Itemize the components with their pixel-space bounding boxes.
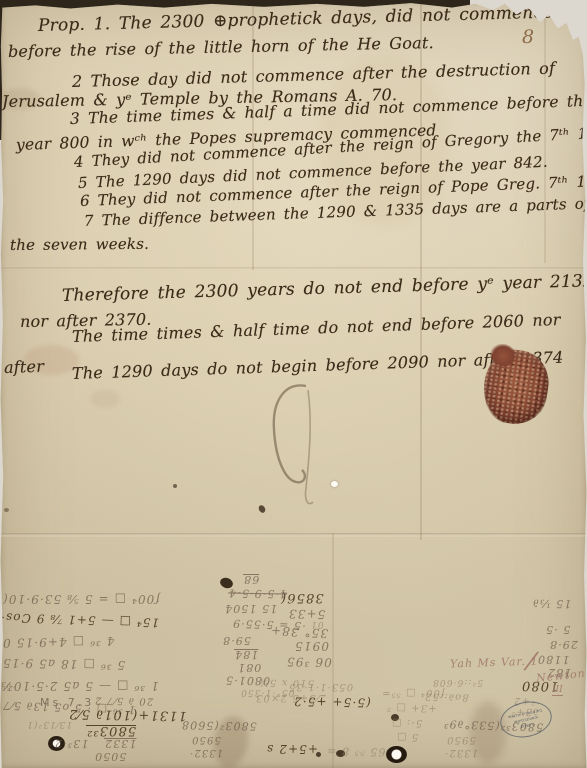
calc-row: 5803²(5608 <box>181 718 257 732</box>
calc-row: 13³·2 <box>54 737 89 751</box>
calc-row: ſ00⁴ □ = 5 ⅝ 53·9·10( <box>2 592 160 606</box>
manuscript-paper: Prop. 1. The 2300 ⊕prophetick days, did … <box>0 0 587 768</box>
fold-crease <box>0 266 587 269</box>
calc-row: 5803³² <box>86 723 136 738</box>
calc-row: 5950 <box>446 734 476 745</box>
calc-row: ·5⁶ <box>0 681 16 691</box>
manuscript-scan: Prop. 1. The 2300 ⊕prophetick days, did … <box>0 0 587 768</box>
calc-row: 1332· <box>189 747 223 758</box>
calc-row: 20 ∂ 5⁄7 2 <box>94 694 153 706</box>
catalog-label-sub: III <box>552 685 563 696</box>
calc-row: 1 ³⁶ □ — 5 a5 2·5·10⅔ <box>0 679 159 693</box>
calc-row: 65 ⁵⁵ 8 = <box>326 744 386 758</box>
fold-crease <box>0 533 587 537</box>
calc-row: 5²::6·608 <box>432 677 483 687</box>
paper-hole <box>331 481 338 487</box>
calc-row: 4·5·9·5-4 <box>228 586 287 600</box>
calc-row: 68 <box>243 573 259 586</box>
calc-row: 5 ³⁶ □ 18 a5 9·15 <box>2 656 125 672</box>
page-number: 8 <box>522 26 534 48</box>
manuscript-line: before the rise of the little horn of th… <box>8 33 434 61</box>
calc-row: 081 <box>237 661 261 674</box>
manuscript-line: Therefore the 2300 years do not end befo… <box>62 271 587 306</box>
calc-row: 29·8 <box>549 638 578 651</box>
calc-row: 13⁄13²(1 <box>26 719 72 729</box>
calc-row: 0915 <box>294 639 329 653</box>
manuscript-line: Prop. 1. The 2300 ⊕prophetick days, did … <box>38 3 554 36</box>
wax-seal-lobe <box>489 342 518 367</box>
calc-row: 5950 <box>191 734 221 745</box>
calc-row: 15 ⅓∂ <box>532 597 572 611</box>
calc-row: 1180 <box>537 653 570 667</box>
ink-speck <box>173 484 177 488</box>
calc-row: 184 <box>234 648 258 661</box>
calc-row: 15⁴ □ — 5+1 ⅞ 9 Cos· <box>0 610 159 630</box>
calc-row: 8o∂::52 <box>424 691 469 703</box>
calc-row: +3+ □ ⁵ <box>386 702 437 714</box>
calc-row: 15 1504 <box>224 602 277 615</box>
archive-ms-note: Ms 7.3 <box>40 696 94 709</box>
calc-row: 06 ³95 <box>286 655 332 670</box>
faint-scribble <box>266 380 330 510</box>
manuscript-line: after <box>4 357 45 377</box>
stain <box>90 390 120 408</box>
calc-row: +5+2 s <box>266 742 318 756</box>
paper-hole <box>386 746 407 763</box>
calc-row: ·5 = 5·55·9 <box>232 617 306 633</box>
calc-row: 5 ·5 <box>545 623 570 636</box>
ink-speck <box>4 508 9 512</box>
calc-row: 1332 <box>104 737 136 750</box>
calc-row: 5050 <box>94 750 126 763</box>
fold-crease <box>332 533 334 768</box>
calc-row: (5·5+ +5·2 <box>293 694 371 709</box>
manuscript-line: the seven weeks. <box>10 235 149 254</box>
calc-row: 4 ³⁶ □ 4+9·15 0 <box>2 634 115 650</box>
calc-row: 1332· <box>444 747 478 758</box>
library-stamp: בית הספרים הלאומי והאוניברסיטאי ירושלים <box>497 697 555 742</box>
calc-row: 5-: □ <box>391 717 422 728</box>
calc-row: 5 □ <box>396 731 418 742</box>
calc-row: 59·8 <box>222 634 251 647</box>
scribble-stroke <box>274 385 306 482</box>
calc-row: 510 x 5¼ <box>258 677 314 689</box>
scribble-stroke <box>305 390 313 504</box>
